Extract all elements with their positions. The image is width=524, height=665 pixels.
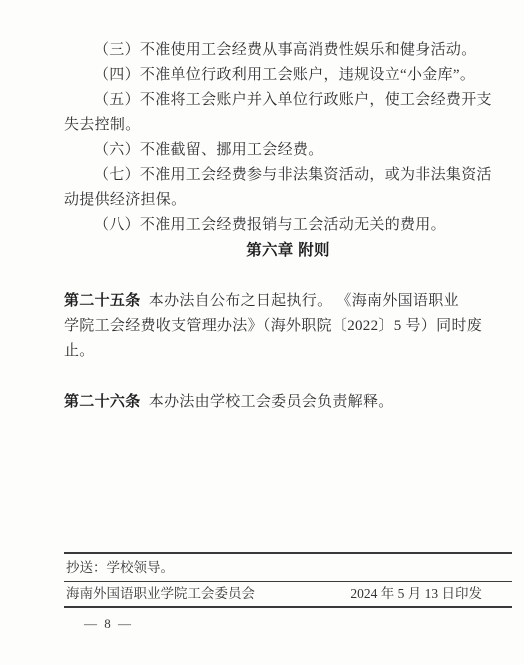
clause-paragraph-5: （五）不准将工会账户并入单位行政账户，使工会经费开支 失去控制。 bbox=[64, 88, 512, 138]
chapter-heading: 第六章 附则 bbox=[64, 238, 512, 263]
document-footer: 抄送：学校领导。 海南外国语职业学院工会委员会 2024 年 5 月 13 日印… bbox=[64, 552, 512, 632]
footer-bottom-rule bbox=[64, 606, 512, 608]
clause-paragraph-3: （三）不准使用工会经费从事高消费性娱乐和健身活动。 bbox=[64, 38, 512, 63]
clause-paragraph-4: （四）不准单位行政利用工会账户，违规设立“小金库”。 bbox=[64, 63, 512, 88]
article-26-paragraph: 第二十六条本办法由学校工会委员会负责解释。 bbox=[64, 364, 512, 415]
article-26-text: 本办法由学校工会委员会负责解释。 bbox=[149, 394, 394, 410]
page-number: — 8 — bbox=[84, 616, 512, 632]
article-25-paragraph: 第二十五条本办法自公布之日起执行。 《海南外国语职业 学院工会经费收支管理办法》… bbox=[64, 263, 512, 364]
scanned-document-page: { "page": { "background": "#fdfdfc", "in… bbox=[0, 0, 524, 665]
document-body: （三）不准使用工会经费从事高消费性娱乐和健身活动。 （四）不准单位行政利用工会账… bbox=[64, 38, 512, 415]
clause-paragraph-6: （六）不准截留、挪用工会经费。 bbox=[64, 138, 512, 163]
article-25-number: 第二十五条 bbox=[64, 292, 141, 309]
print-date: 2024 年 5 月 13 日印发 bbox=[350, 586, 512, 602]
issuer-row: 海南外国语职业学院工会委员会 2024 年 5 月 13 日印发 bbox=[64, 582, 512, 606]
article-26-number: 第二十六条 bbox=[64, 393, 141, 410]
cc-line: 抄送：学校领导。 bbox=[64, 554, 512, 581]
clause-paragraph-8: （八）不准用工会经费报销与工会活动无关的费用。 bbox=[64, 213, 512, 238]
clause-paragraph-7: （七）不准用工会经费参与非法集资活动，或为非法集资活 动提供经济担保。 bbox=[64, 163, 512, 213]
issuer-name: 海南外国语职业学院工会委员会 bbox=[66, 586, 255, 602]
